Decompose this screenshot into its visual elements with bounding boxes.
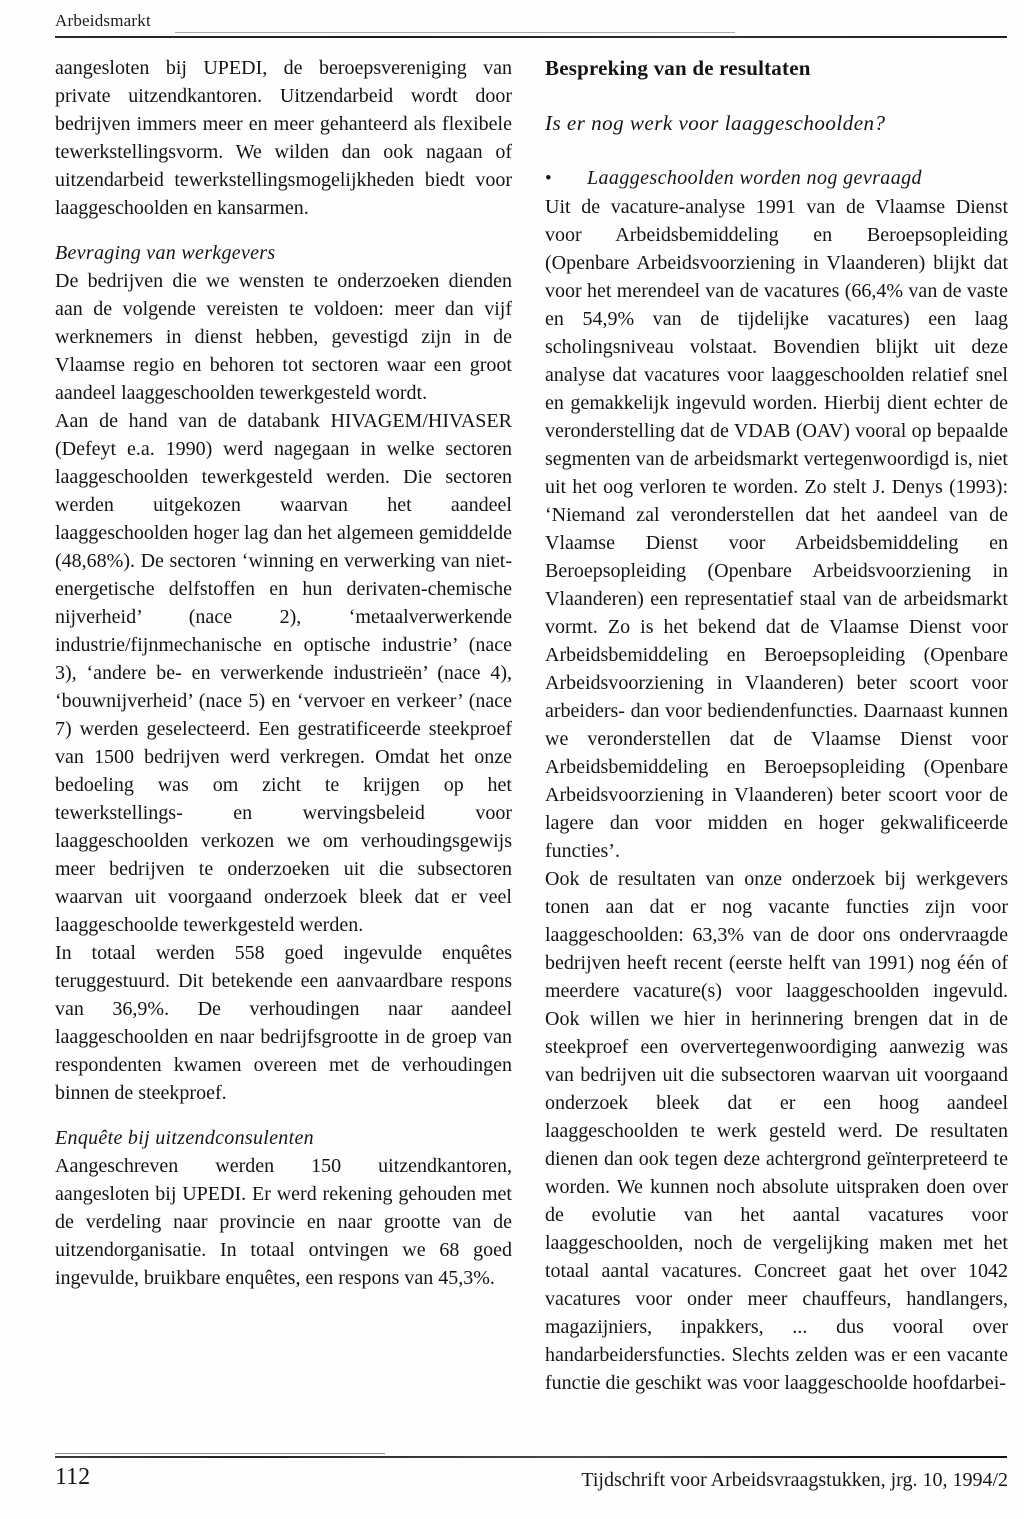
- paragraph: Ook de resultaten van onze onderzoek bij…: [545, 865, 1008, 1397]
- results-section-heading: Bespreking van de resultaten: [545, 54, 1008, 82]
- page-number: 112: [55, 1464, 90, 1491]
- left-text-column: aangesloten bij UPEDI, de beroepsverenig…: [55, 54, 512, 1292]
- paragraph: In totaal werden 558 goed ingevulde enqu…: [55, 939, 512, 1107]
- paragraph: Uit de vacature-analyse 1991 van de Vlaa…: [545, 193, 1008, 865]
- bullet-item-label: Laaggeschoolden worden nog gevraagd: [587, 164, 922, 192]
- question-subheading: Is er nog werk voor laaggeschoolden?: [545, 109, 1008, 137]
- paragraph: Aangeschreven werden 150 uitzendkantoren…: [55, 1152, 512, 1292]
- bullet-icon: •: [545, 165, 587, 193]
- scanned-journal-page: Arbeidsmarkt aangesloten bij UPEDI, de b…: [0, 0, 1024, 1519]
- footer-divider-rule: [55, 1456, 1007, 1458]
- section-heading-enquete: Enquête bij uitzendconsulenten: [55, 1124, 512, 1152]
- header-divider-rule: [55, 36, 1007, 38]
- section-heading-bevraging: Bevraging van werkgevers: [55, 239, 512, 267]
- continuation-paragraph: aangesloten bij UPEDI, de beroepsverenig…: [55, 54, 512, 222]
- running-header-label: Arbeidsmarkt: [55, 11, 151, 31]
- paragraph: De bedrijven die we wensten te onderzoek…: [55, 267, 512, 407]
- journal-citation: Tijdschrift voor Arbeidsvraagstukken, jr…: [581, 1469, 1008, 1492]
- right-text-column: Bespreking van de resultaten Is er nog w…: [545, 54, 1008, 1397]
- bullet-list-item: • Laaggeschoolden worden nog gevraagd: [545, 164, 1008, 193]
- paragraph: Aan de hand van de databank HIVAGEM/HIVA…: [55, 407, 512, 939]
